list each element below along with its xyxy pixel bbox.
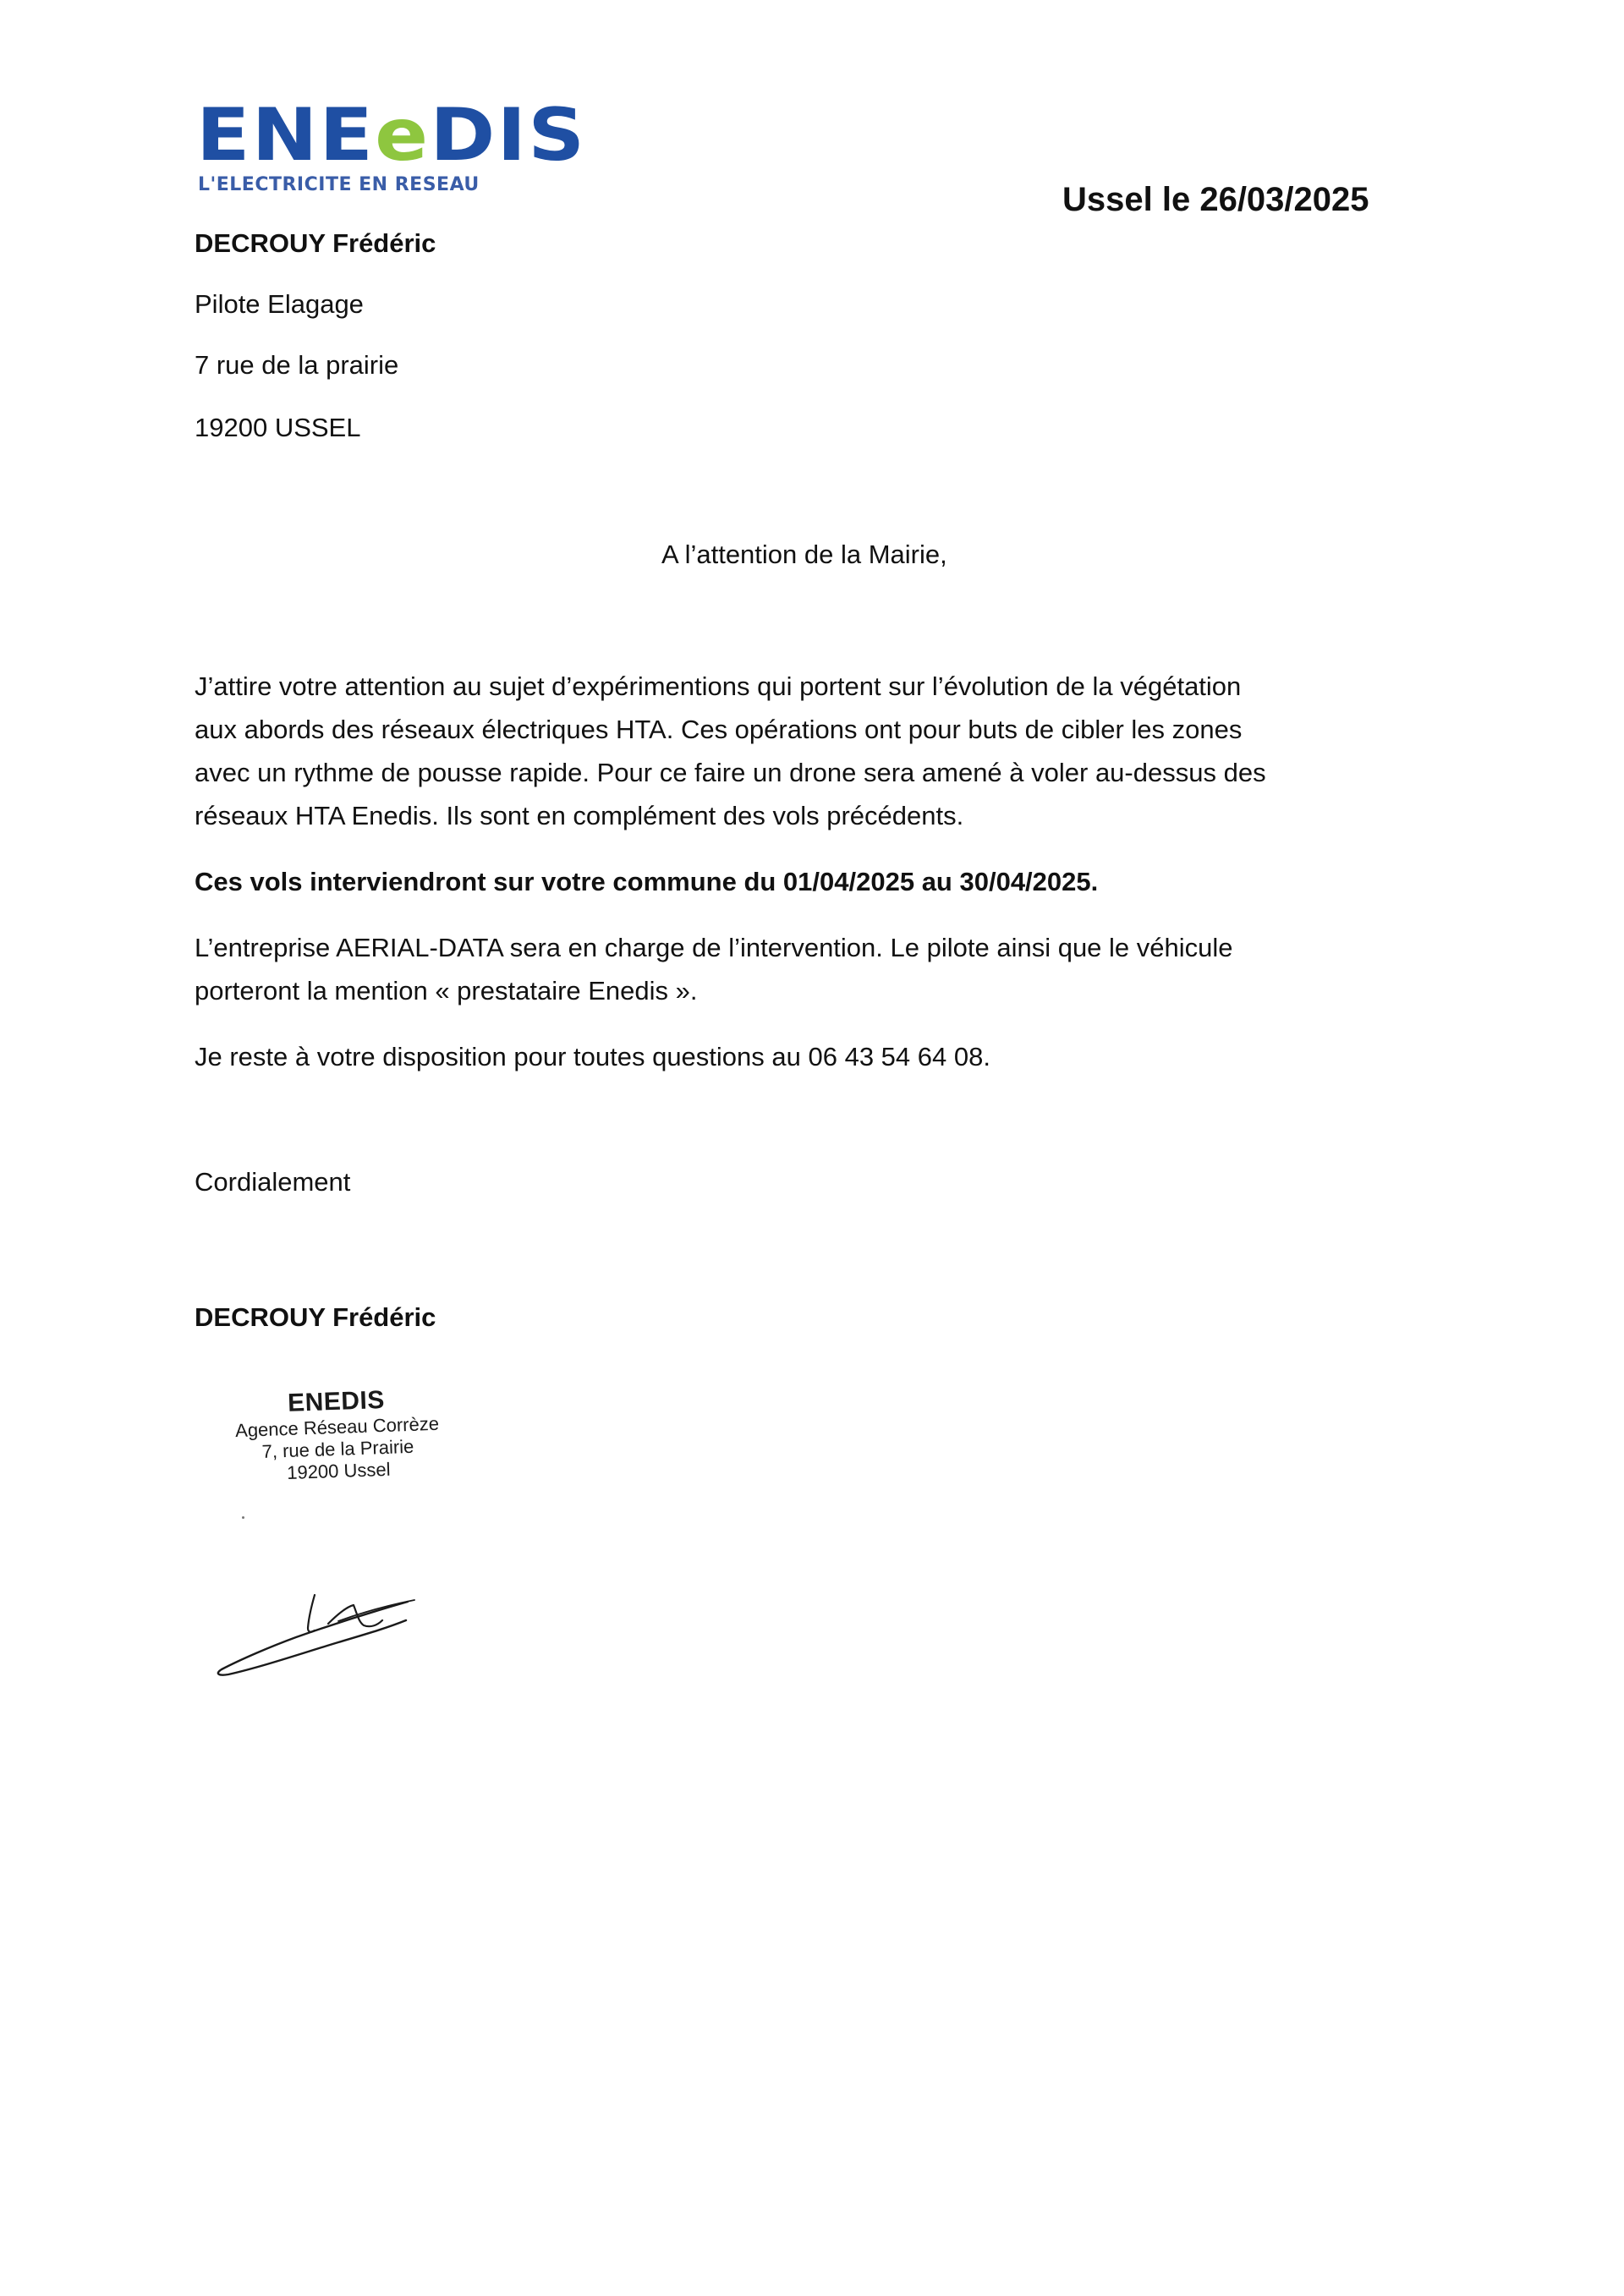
sender-role: Pilote Elagage (195, 282, 364, 326)
logo-tagline: L'ELECTRICITE EN RESEAU (198, 174, 480, 195)
sender-name: DECROUY Frédéric (195, 222, 436, 265)
logo-word-part3: IS (497, 93, 587, 178)
closing-line: Cordialement (195, 1160, 350, 1203)
recipient-line: A l’attention de la Mairie, (661, 533, 947, 576)
paragraph-line: Ces vols interviendront sur votre commun… (195, 860, 1446, 903)
logo-wordmark: ENEeDIS (196, 95, 586, 176)
sender-city: 19200 USSEL (195, 406, 360, 449)
paragraph-line: aux abords des réseaux électriques HTA. … (195, 708, 1446, 751)
logo-word-accent: e (375, 93, 430, 178)
logo-word-part1: ENE (196, 93, 375, 178)
contact-paragraph: Je reste à votre disposition pour toutes… (195, 1035, 1446, 1078)
sender-street: 7 rue de la prairie (195, 343, 398, 386)
letter-body: J’attire votre attention au sujet d’expé… (195, 665, 1446, 1101)
enedis-logo: ENEeDIS L'ELECTRICITE EN RESEAU (196, 95, 494, 201)
signer-name: DECROUY Frédéric (195, 1296, 436, 1339)
paragraph-line: Je reste à votre disposition pour toutes… (195, 1035, 1446, 1078)
paragraph-line: avec un rythme de pousse rapide. Pour ce… (195, 751, 1446, 794)
company-stamp: ENEDIS Agence Réseau Corrèze 7, rue de l… (213, 1384, 462, 1487)
paragraph-line: réseaux HTA Enedis. Ils sont en compléme… (195, 794, 1446, 837)
stamp-speck (242, 1516, 244, 1519)
flight-dates-paragraph: Ces vols interviendront sur votre commun… (195, 860, 1446, 903)
paragraph-line: porteront la mention « prestataire Enedi… (195, 969, 1446, 1012)
paragraph-line: J’attire votre attention au sujet d’expé… (195, 665, 1446, 708)
body-paragraph-1: J’attire votre attention au sujet d’expé… (195, 665, 1446, 837)
letter-date: Ussel le 26/03/2025 (1062, 176, 1369, 223)
body-paragraph-3: L’entreprise AERIAL-DATA sera en charge … (195, 926, 1446, 1012)
handwritten-signature-icon (203, 1581, 423, 1700)
logo-word-part2: D (430, 93, 497, 178)
paragraph-line: L’entreprise AERIAL-DATA sera en charge … (195, 926, 1446, 969)
